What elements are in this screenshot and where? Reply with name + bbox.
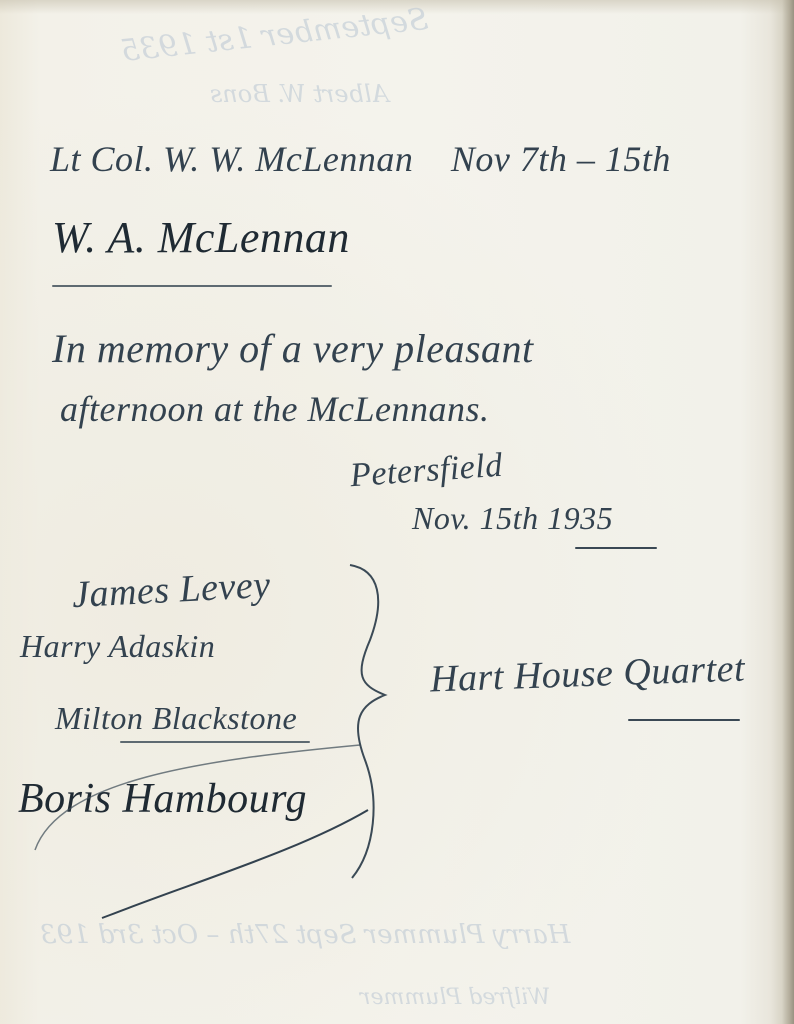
visit-dates: Nov 7th – 15th xyxy=(451,139,671,179)
bleed-through-text: Wilfred Plummer xyxy=(360,985,550,1010)
bleed-through-text: Albert W. Bons xyxy=(210,80,389,108)
guestbook-page: September 1st 1935 Albert W. Bons Harry … xyxy=(0,0,794,1024)
guest-name: Lt Col. W. W. McLennan xyxy=(50,139,413,179)
signature-james-levey: James Levey xyxy=(71,563,272,617)
entry-date: Nov. 15th 1935 xyxy=(412,500,613,537)
signature-milton-blackstone: Milton Blackstone xyxy=(55,700,297,737)
signature-mclennan: W. A. McLennan xyxy=(52,212,350,263)
signature-harry-adaskin: Harry Adaskin xyxy=(20,628,215,665)
inscription-line-2: afternoon at the McLennans. xyxy=(60,388,489,430)
date-underline xyxy=(575,547,657,549)
quartet-name: Hart House Quartet xyxy=(429,647,745,702)
inscription-line-1: In memory of a very pleasant xyxy=(52,325,534,372)
place-name: Petersfield xyxy=(349,447,504,496)
guest-name-line: Lt Col. W. W. McLennan Nov 7th – 15th xyxy=(50,138,671,180)
signature-underline xyxy=(52,285,332,287)
curly-brace-icon xyxy=(340,560,400,890)
book-spine-edge xyxy=(782,0,794,1024)
quartet-underline xyxy=(628,719,740,721)
